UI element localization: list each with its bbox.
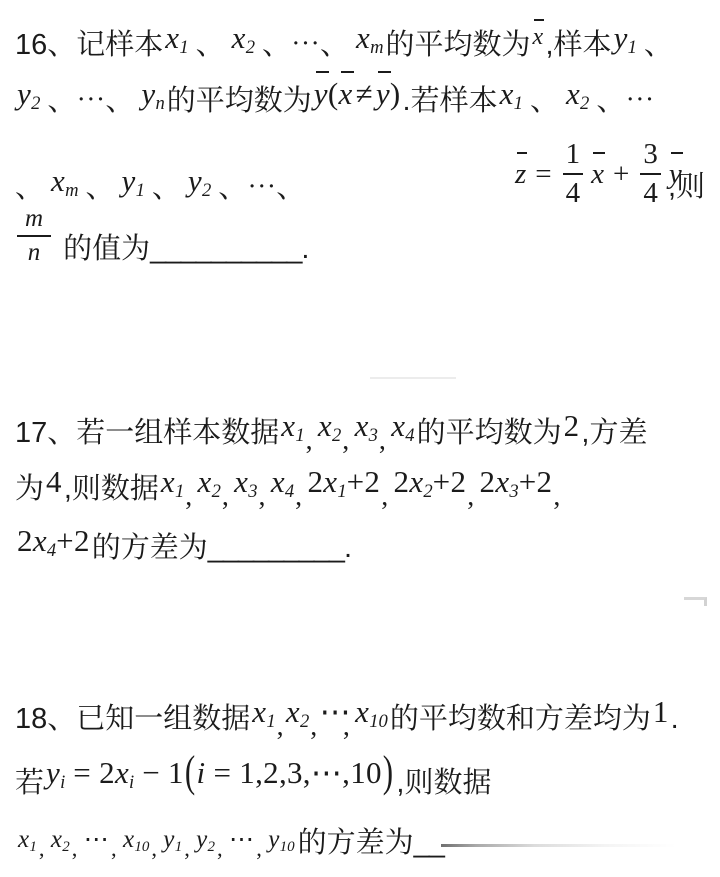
answer-blank: __ bbox=[414, 827, 444, 859]
math-run: y1 bbox=[614, 20, 637, 55]
text-run: 的值为 bbox=[63, 230, 150, 268]
dots: ⋯ bbox=[229, 826, 254, 853]
math-var: x bbox=[115, 755, 129, 790]
separator: 、⋯、 bbox=[218, 172, 305, 204]
math-var: y bbox=[196, 826, 207, 853]
math-sub: m bbox=[65, 180, 78, 201]
answer-blank: _________ bbox=[208, 532, 344, 564]
math-var: x bbox=[51, 826, 62, 853]
math-run: x1 bbox=[165, 20, 188, 55]
math-run: x2 bbox=[232, 20, 255, 55]
low-comma: , bbox=[151, 836, 157, 861]
math-var: y bbox=[268, 826, 279, 853]
math-sub: 1 bbox=[628, 37, 637, 58]
math-expr: +2 bbox=[519, 464, 553, 499]
math-sub: 4 bbox=[47, 540, 56, 561]
math-sub: 1 bbox=[337, 481, 346, 502]
separator: 、 bbox=[644, 29, 673, 61]
low-comma: , bbox=[222, 481, 229, 512]
math-var: x bbox=[271, 464, 285, 499]
math-number: 2 bbox=[564, 408, 580, 443]
math-run: x1 bbox=[500, 76, 523, 111]
math-var: x bbox=[232, 20, 246, 55]
problem-number: 18、 bbox=[15, 703, 76, 735]
math-number: 2 bbox=[17, 523, 33, 558]
math-var: y bbox=[122, 163, 136, 198]
text-run: 的平均数为 bbox=[417, 417, 562, 449]
math-var: x bbox=[356, 20, 370, 55]
math-sub: 1 bbox=[29, 839, 37, 855]
text-run: ,则数据 bbox=[396, 767, 491, 799]
math-sub: 2 bbox=[62, 839, 70, 855]
separator: 、 bbox=[530, 85, 559, 117]
math-var: x bbox=[161, 464, 175, 499]
fraction: 34 bbox=[640, 140, 661, 208]
math-var: x bbox=[33, 523, 47, 558]
equals-sign: = bbox=[535, 155, 551, 193]
low-comma: , bbox=[39, 836, 45, 861]
math-var: x bbox=[123, 826, 134, 853]
sequence-run: 、xm、y1、y2、⋯、 bbox=[10, 167, 310, 208]
math-run: x1,x2,x3,x4 bbox=[281, 408, 414, 443]
math-run: x bbox=[533, 24, 544, 50]
dots: ⋯ bbox=[84, 826, 109, 853]
math-expr: +2 bbox=[347, 464, 381, 499]
math-var: x bbox=[318, 408, 332, 443]
m-over-n-fraction: mn bbox=[17, 206, 51, 267]
math-sub: 10 bbox=[134, 839, 149, 855]
text-run: 若一组样本数据 bbox=[76, 417, 279, 449]
paren: ) bbox=[390, 76, 401, 111]
p17-line-3: 2x4+2的方差为_________. bbox=[15, 527, 352, 568]
math-var: y bbox=[17, 76, 31, 111]
math-run: x2 bbox=[566, 76, 589, 111]
bar-var: y bbox=[376, 74, 390, 115]
numerator: 3 bbox=[640, 140, 661, 173]
math-expr: +2 bbox=[56, 523, 90, 558]
math-var: x bbox=[495, 464, 509, 499]
math-var: x bbox=[51, 163, 65, 198]
math-var: y bbox=[163, 826, 174, 853]
math-sub: 1 bbox=[175, 839, 183, 855]
fraction: 14 bbox=[563, 140, 584, 208]
worksheet-page: 16、记样本x1、x2、⋯、xm的平均数为x,样本y1、 y2、⋯、yn的平均数… bbox=[0, 0, 720, 877]
math-sub: 3 bbox=[248, 481, 257, 502]
math-sub: 10 bbox=[369, 711, 388, 732]
math-sub: 2 bbox=[31, 93, 40, 114]
denominator: 4 bbox=[640, 173, 661, 208]
text-run: 的平均数为 bbox=[386, 29, 531, 61]
text-run: 为 bbox=[15, 473, 44, 505]
math-var: x bbox=[391, 408, 405, 443]
math-expr: − 1 bbox=[134, 755, 184, 790]
math-var: x bbox=[566, 76, 580, 111]
p16-line-3: 、xm、y1、y2、⋯、 z=14x+34y ,则 bbox=[15, 142, 705, 208]
bar-var: x bbox=[338, 74, 352, 115]
math-sub: 1 bbox=[179, 37, 188, 58]
math-sub: 4 bbox=[285, 481, 294, 502]
low-comma: , bbox=[342, 425, 349, 456]
p16-line-4: mn的值为__________. bbox=[15, 206, 309, 269]
denominator: n bbox=[28, 237, 41, 266]
text-run: ,则 bbox=[668, 168, 705, 206]
math-sub: 4 bbox=[405, 425, 414, 446]
math-var: x bbox=[198, 464, 212, 499]
math-expr: = 1,2,3,⋯,10 bbox=[205, 755, 381, 790]
text-run: ,样本 bbox=[546, 29, 612, 61]
plus-sign: + bbox=[613, 155, 629, 193]
math-sub: 2 bbox=[202, 180, 211, 201]
low-comma: , bbox=[277, 711, 284, 742]
period: . bbox=[671, 703, 679, 735]
denominator: 4 bbox=[563, 173, 584, 208]
math-number: 2 bbox=[394, 464, 410, 499]
math-var: y bbox=[46, 755, 60, 790]
math-sub: 1 bbox=[266, 711, 275, 732]
bar-var: x bbox=[533, 22, 544, 54]
math-var: x bbox=[355, 694, 369, 729]
math-number: 1 bbox=[653, 694, 669, 729]
math-run: x1,x2,⋯,x10,y1,y2,⋯,y10 bbox=[18, 826, 295, 853]
low-comma: , bbox=[72, 836, 78, 861]
math-var: y bbox=[614, 20, 628, 55]
paren: ( bbox=[328, 76, 339, 111]
separator: 、 bbox=[152, 172, 181, 204]
text-run: 记样本 bbox=[76, 29, 163, 61]
math-expr: = 2 bbox=[65, 755, 115, 790]
text-run: 的平均数和方差均为 bbox=[390, 703, 651, 735]
scan-artifact-mark bbox=[684, 597, 707, 606]
low-comma: , bbox=[467, 481, 474, 512]
separator: 、 bbox=[86, 172, 115, 204]
math-var: x bbox=[323, 464, 337, 499]
p17-line-1: 17、若一组样本数据x1,x2,x3,x4的平均数为2,方差 bbox=[15, 412, 647, 465]
math-run: 2x4+2 bbox=[17, 523, 90, 558]
math-var: x bbox=[281, 408, 295, 443]
math-run: xm bbox=[356, 20, 384, 55]
low-comma: , bbox=[381, 481, 388, 512]
bar-var: y bbox=[314, 74, 328, 115]
left-paren: ( bbox=[185, 742, 196, 801]
math-sub: 2 bbox=[580, 93, 589, 114]
fading-underline bbox=[441, 844, 676, 847]
math-run: y2 bbox=[17, 76, 40, 111]
text-run: ,则数据 bbox=[64, 473, 159, 505]
separator: 、⋯、 bbox=[262, 29, 349, 61]
p16-line-2: y2、⋯、yn的平均数为y(x≠y).若样本x1、x2、⋯ bbox=[15, 80, 659, 121]
math-run: x1,x2,⋯,x10 bbox=[252, 694, 388, 729]
math-var: x bbox=[355, 408, 369, 443]
math-sub: 2 bbox=[212, 481, 221, 502]
low-comma: , bbox=[343, 711, 350, 742]
period: . bbox=[301, 230, 309, 268]
text-run: 的平均数为 bbox=[167, 85, 312, 117]
low-comma: , bbox=[256, 836, 262, 861]
problem-number: 16、 bbox=[15, 29, 76, 61]
math-sub: m bbox=[370, 37, 383, 58]
math-var: y bbox=[141, 76, 155, 111]
low-comma: , bbox=[306, 425, 313, 456]
right-paren: ) bbox=[383, 742, 394, 801]
math-sub: 3 bbox=[509, 481, 518, 502]
math-run: y1 bbox=[122, 163, 145, 198]
separator: 、⋯ bbox=[596, 85, 654, 117]
math-var: x bbox=[165, 20, 179, 55]
math-var: x bbox=[500, 76, 514, 111]
math-run: y2 bbox=[188, 163, 211, 198]
low-comma: , bbox=[553, 481, 560, 512]
low-comma: , bbox=[111, 836, 117, 861]
operator: ≠ bbox=[356, 76, 373, 111]
separator: 、 bbox=[15, 172, 44, 204]
text-run: ,方差 bbox=[581, 417, 647, 449]
math-sub: 10 bbox=[280, 839, 295, 855]
low-comma: , bbox=[310, 711, 317, 742]
math-var: y bbox=[188, 163, 202, 198]
text-run: 若 bbox=[15, 767, 44, 799]
math-number: 2 bbox=[480, 464, 496, 499]
text-run: 的方差为 bbox=[298, 827, 414, 859]
math-sub: 1 bbox=[136, 180, 145, 201]
low-comma: , bbox=[184, 836, 190, 861]
low-comma: , bbox=[379, 425, 386, 456]
text-run: 已知一组数据 bbox=[76, 703, 250, 735]
math-number: 4 bbox=[46, 464, 62, 499]
math-run: y(x≠y) bbox=[314, 76, 401, 111]
math-sub: 2 bbox=[246, 37, 255, 58]
math-sub: n bbox=[155, 93, 164, 114]
math-sub: 1 bbox=[514, 93, 523, 114]
low-comma: , bbox=[217, 836, 223, 861]
scan-artifact-line bbox=[370, 377, 456, 379]
p16-line-1: 16、记样本x1、x2、⋯、xm的平均数为x,样本y1、 bbox=[15, 24, 678, 65]
numerator: m bbox=[17, 206, 51, 237]
text-run: 的方差为 bbox=[92, 532, 208, 564]
math-var: x bbox=[409, 464, 423, 499]
math-run: yn bbox=[141, 76, 164, 111]
math-sub: 1 bbox=[295, 425, 304, 446]
problem-number: 17、 bbox=[15, 417, 76, 449]
separator: 、⋯、 bbox=[47, 85, 134, 117]
bar-var: z bbox=[515, 155, 526, 193]
low-comma: , bbox=[185, 481, 192, 512]
numerator: 1 bbox=[563, 140, 584, 173]
math-sub: 2 bbox=[208, 839, 216, 855]
p18-line-1: 18、已知一组数据x1,x2,⋯,x10的平均数和方差均为1. bbox=[15, 698, 679, 751]
p18-line-3: x1,x2,⋯,x10,y1,y2,⋯,y10的方差为__ bbox=[15, 824, 676, 869]
p17-line-2: 为4,则数据x1,x2,x3,x4,2x1+2,2x2+2,2x3+2, bbox=[15, 468, 568, 521]
math-sub: 2 bbox=[300, 711, 309, 732]
p18-line-2: 若yi = 2xi − 1(i = 1,2,3,⋯,10),则数据 bbox=[15, 762, 491, 803]
text-run: .若样本 bbox=[403, 85, 498, 117]
bar-var: x bbox=[591, 155, 604, 193]
math-expr: +2 bbox=[433, 464, 467, 499]
math-run: x1,x2,x3,x4,2x1+2,2x2+2,2x3+2, bbox=[161, 464, 566, 499]
math-sub: 1 bbox=[175, 481, 184, 502]
separator: 、 bbox=[196, 29, 225, 61]
low-comma: , bbox=[259, 481, 266, 512]
math-var: x bbox=[252, 694, 266, 729]
math-number: 2 bbox=[307, 464, 323, 499]
math-run: xm bbox=[51, 163, 79, 198]
math-var: x bbox=[286, 694, 300, 729]
low-comma: , bbox=[295, 481, 302, 512]
answer-blank: __________ bbox=[150, 230, 301, 268]
math-run: yi = 2xi − 1(i = 1,2,3,⋯,10) bbox=[46, 755, 394, 790]
math-var: x bbox=[234, 464, 248, 499]
math-var: x bbox=[18, 826, 29, 853]
math-sub: 2 bbox=[332, 425, 341, 446]
period: . bbox=[344, 532, 352, 564]
math-sub: 2 bbox=[423, 481, 432, 502]
z-bar-formula: z=14x+34y bbox=[512, 140, 685, 208]
math-sub: 3 bbox=[369, 425, 378, 446]
